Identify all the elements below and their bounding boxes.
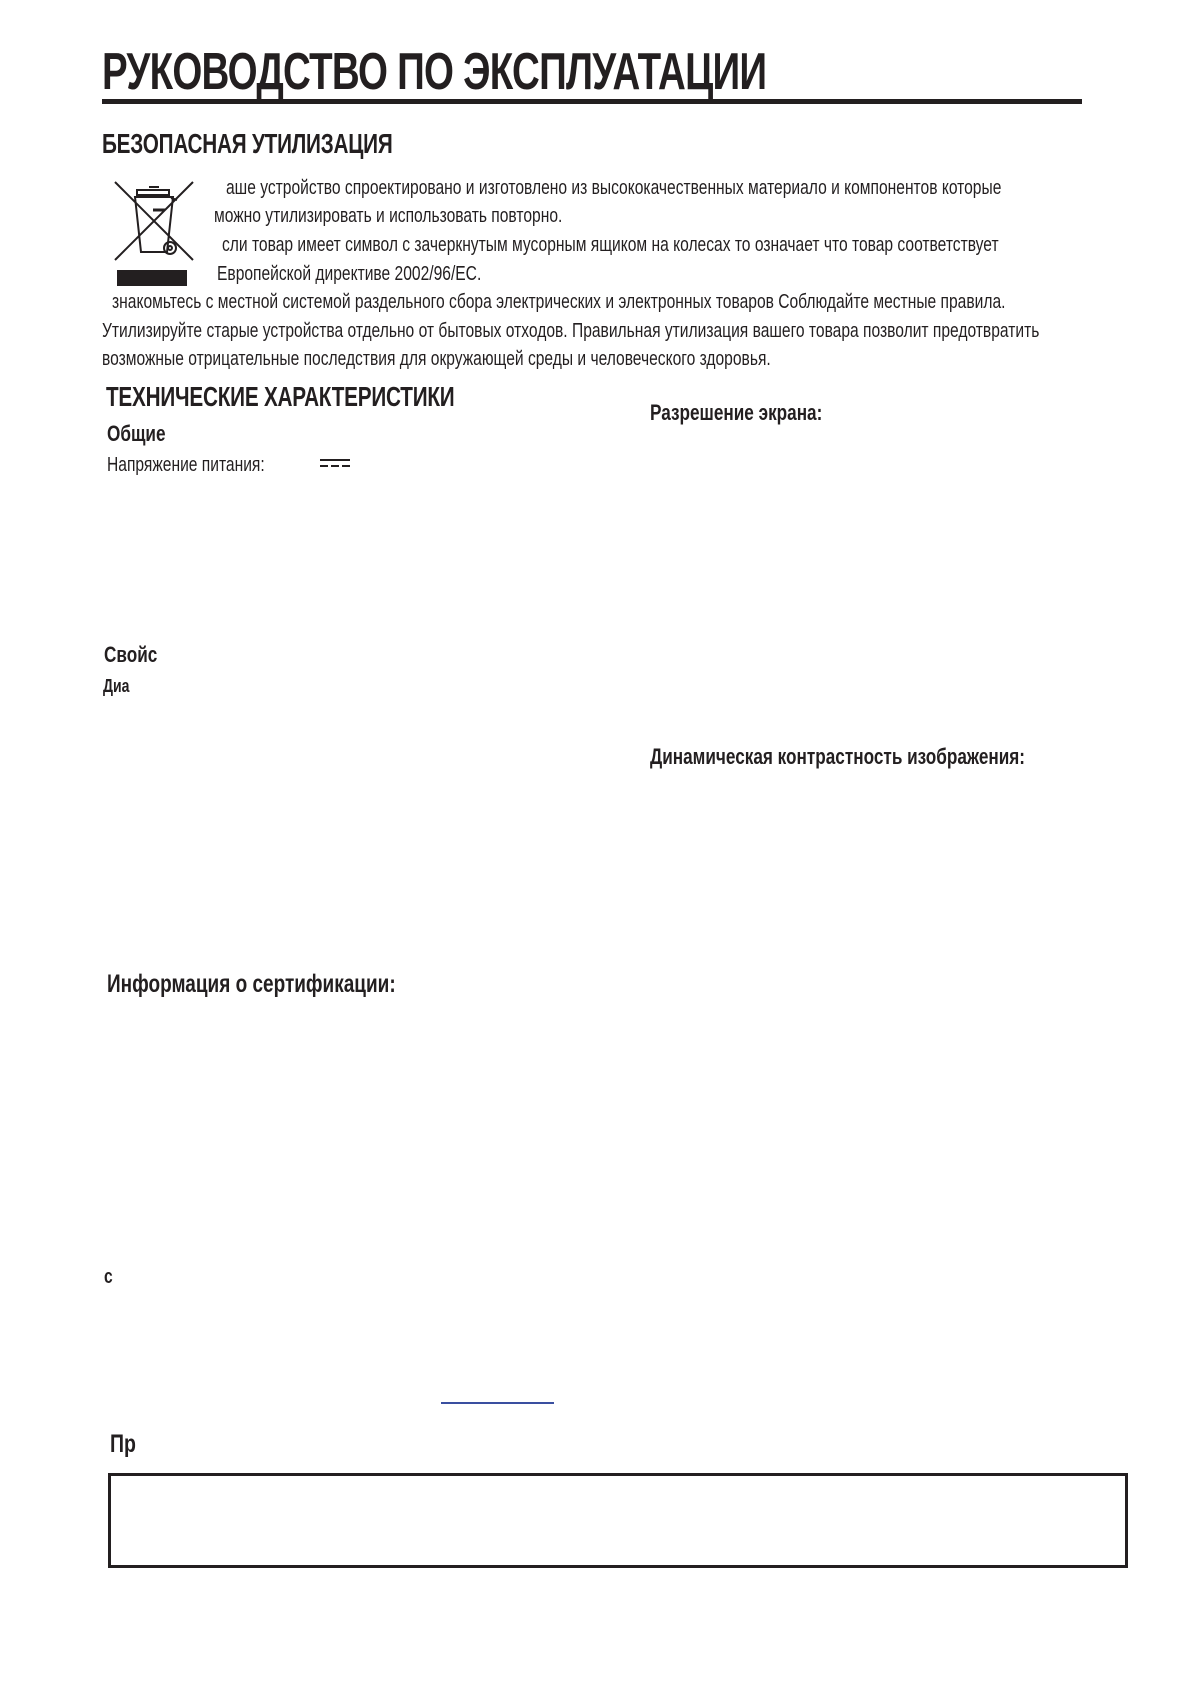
certification-fragment: с [104, 1266, 113, 1289]
disposal-text-line: аше устройство спроектировано и изготовл… [226, 174, 1001, 202]
note-heading: Пр [110, 1430, 136, 1459]
hyperlink-underline[interactable] [441, 1402, 554, 1404]
dc-current-icon [320, 459, 350, 471]
disposal-text-line: возможные отрицательные последствия для … [102, 345, 771, 373]
screen-resolution-label: Разрешение экрана: [650, 400, 822, 426]
disposal-text-line: сли товар имеет символ с зачеркнутым мус… [222, 231, 999, 259]
general-heading: Общие [107, 421, 166, 447]
disposal-heading: БЕЗОПАСНАЯ УТИЛИЗАЦИЯ [102, 128, 392, 160]
properties-heading: Свойс [104, 642, 157, 668]
specs-heading: ТЕХНИЧЕСКИЕ ХАРАКТЕРИСТИКИ [106, 381, 454, 413]
disposal-text-line: знакомьтесь с местной системой раздельно… [112, 288, 1005, 316]
diagonal-label: Диа [103, 676, 129, 697]
disposal-text-line: можно утилизировать и использовать повто… [214, 202, 562, 230]
page-title: РУКОВОДСТВО ПО ЭКСПЛУАТАЦИИ [102, 42, 766, 102]
note-box [108, 1473, 1128, 1568]
power-supply-label: Напряжение питания: [107, 451, 265, 479]
dynamic-contrast-label: Динамическая контрастность изображения: [650, 744, 1025, 770]
title-divider [102, 99, 1082, 104]
crossed-out-wheelie-bin-icon [113, 178, 195, 288]
disposal-text-line: Утилизируйте старые устройства отдельно … [102, 317, 1039, 345]
disposal-text-line: Европейской директиве 2002/96/EC. [217, 260, 481, 288]
certification-heading: Информация о сертификации: [107, 970, 396, 999]
